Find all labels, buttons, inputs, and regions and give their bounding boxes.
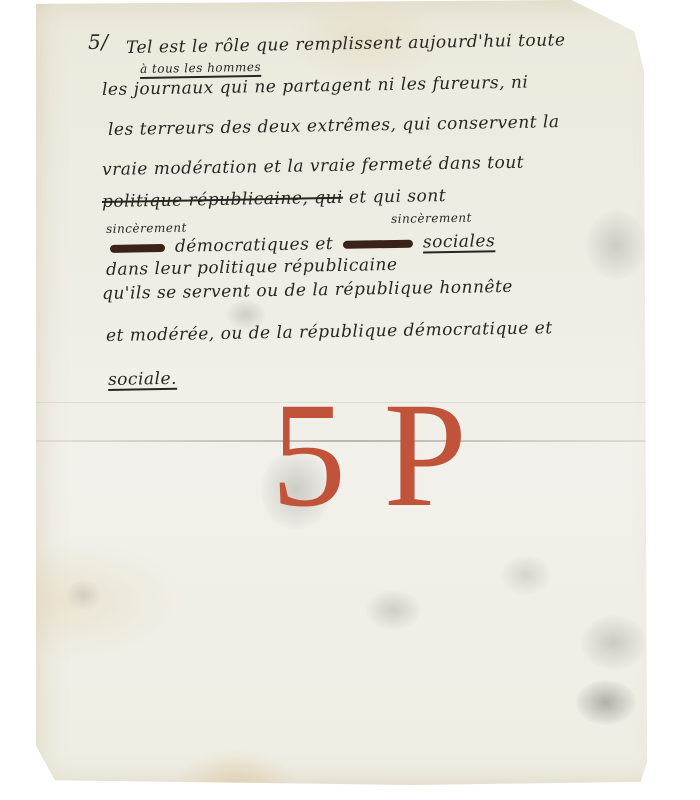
line-4: vraie modération et la vraie fermeté dan…	[102, 153, 524, 180]
smudge	[581, 615, 646, 670]
line-1: Tel est le rôle que remplissent aujourd'…	[126, 30, 566, 58]
ink-blot	[110, 243, 165, 252]
red-pencil-annotation: 5 P	[271, 380, 467, 530]
line-8: qu'ils se servent ou de la république ho…	[102, 277, 513, 304]
ink-blot	[343, 239, 413, 248]
manuscript-page: 5/ Tel est le rôle que remplissent aujou…	[36, 0, 666, 785]
line-3: les terreurs des deux extrêmes, qui cons…	[108, 112, 560, 140]
line-insertion: à tous les hommes	[140, 60, 261, 76]
page-marker: 5/	[88, 30, 109, 54]
smudge	[66, 580, 101, 610]
smudge	[501, 555, 551, 595]
line-9: et modérée, ou de la république démocrat…	[106, 318, 553, 346]
insertion-sincerement-1: sincèrement	[106, 221, 187, 236]
smudge	[576, 680, 636, 725]
smudge	[586, 210, 646, 280]
insertion-sincerement-2: sincèrement	[391, 211, 472, 226]
line-10: sociale.	[108, 369, 177, 390]
line-7: dans leur politique républicaine	[106, 255, 398, 280]
line-5: politique républicaine, qui et qui sont	[102, 186, 446, 212]
line-2: les journaux qui ne partagent ni les fur…	[102, 73, 529, 100]
smudge	[366, 590, 421, 630]
line-6: démocratiques et sociales	[106, 231, 496, 258]
